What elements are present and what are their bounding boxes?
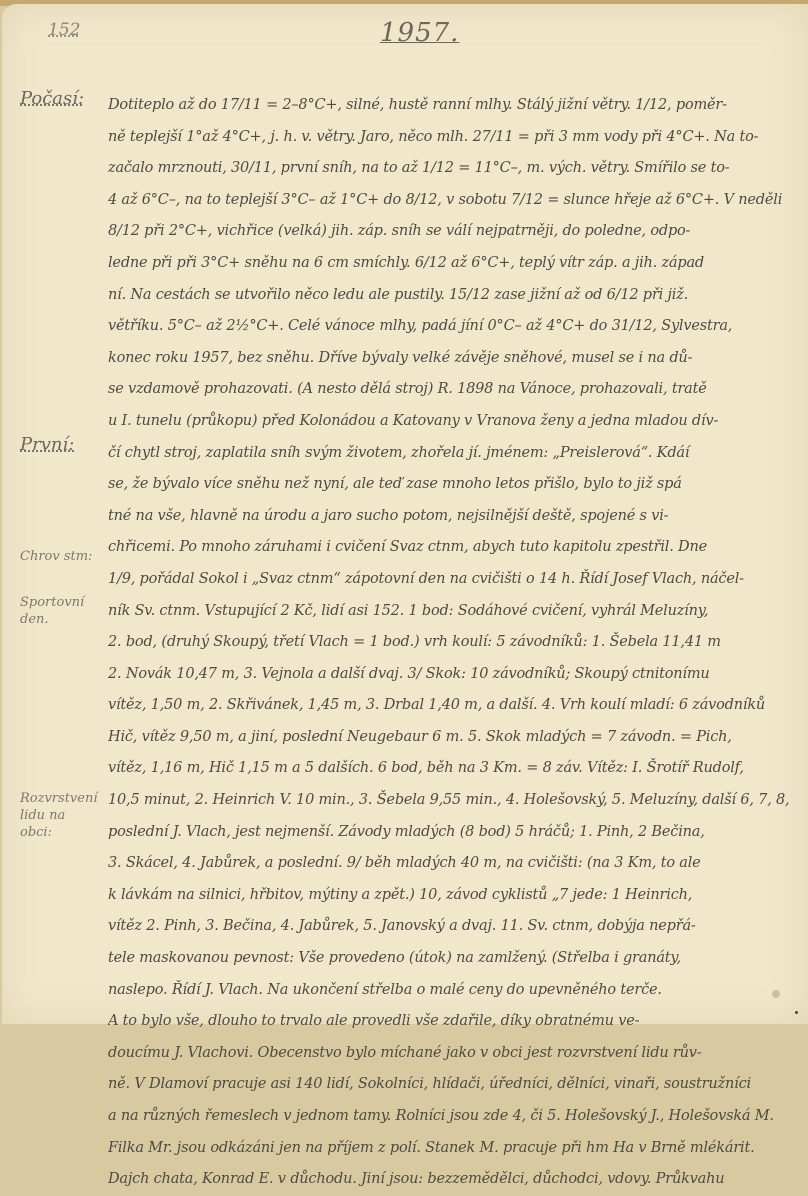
paper-stain: [772, 990, 780, 998]
text-line: začalo mrznouti, 30/11, první sníh, na t…: [108, 153, 798, 185]
margin-note-sport-day: Sportovní den.: [20, 594, 100, 628]
text-line: vítěz, 1,50 m, 2. Skřivánek, 1,45 m, 3. …: [108, 690, 798, 722]
ink-dot: [795, 1011, 798, 1014]
text-line: čí chytl stroj, zaplatila sníh svým živo…: [108, 438, 798, 470]
margin-note-population: Rozvrstvení lidu na obci:: [20, 790, 100, 841]
text-line: 2. bod, (druhý Skoupý, třetí Vlach = 1 b…: [108, 627, 798, 659]
page-year-heading: 1957.: [380, 18, 459, 48]
text-line: ní. Na cestách se utvořilo něco ledu ale…: [108, 280, 798, 312]
margin-note-svaz: Chrov stm:: [20, 548, 100, 565]
chronicle-page: 152 1957. Počasí: První: Chrov stm: Spor…: [2, 4, 808, 1024]
text-line: u I. tunelu (průkopu) před Kolonádou a K…: [108, 406, 798, 438]
text-line: tele maskovanou pevnost: Vše provedeno (…: [108, 943, 798, 975]
text-line: Hič, vítěz 9,50 m, a jiní, poslední Neug…: [108, 722, 798, 754]
text-line: větříku. 5°C– až 2½°C+. Celé vánoce mlhy…: [108, 311, 798, 343]
text-line: ně teplejší 1°až 4°C+, j. h. v. větry. J…: [108, 122, 798, 154]
margin-note-first: První:: [20, 436, 100, 453]
text-line: vítěz, 1,16 m, Hič 1,15 m a 5 dalších. 6…: [108, 753, 798, 785]
text-line: poslední J. Vlach, jest nejmenší. Závody…: [108, 817, 798, 849]
margin-note-weather: Počasí:: [20, 90, 100, 107]
text-line: k lávkám na silnici, hřbitov, mýtiny a z…: [108, 880, 798, 912]
text-line: ník Sv. ctnm. Vstupující 2 Kč, lidí asi …: [108, 596, 798, 628]
text-line: tné na vše, hlavně na úrodu a jaro sucho…: [108, 501, 798, 533]
text-line: 1/9, pořádal Sokol i „Svaz ctnm“ zápotov…: [108, 564, 798, 596]
page-number: 152: [48, 20, 80, 40]
text-line: se vzdamově prohazovati. (A nesto dělá s…: [108, 374, 798, 406]
text-line: konec roku 1957, bez sněhu. Dříve bývaly…: [108, 343, 798, 375]
text-line: naslepo. Řídí J. Vlach. Na ukončení stře…: [108, 975, 798, 1007]
text-line: 8/12 při 2°C+, vichřice (velká) jih. záp…: [108, 216, 798, 248]
text-line: 4 až 6°C–, na to teplejší 3°C– až 1°C+ d…: [108, 185, 798, 217]
text-line: ledne při při 3°C+ sněhu na 6 cm smíchly…: [108, 248, 798, 280]
text-line: 3. Skácel, 4. Jabůrek, a poslední. 9/ bě…: [108, 848, 798, 880]
text-line: se, že bývalo více sněhu než nyní, ale t…: [108, 469, 798, 501]
handwritten-body: Dotiteplo až do 17/11 = 2–8°C+, silné, h…: [108, 90, 798, 1024]
text-line: chřicemi. Po mnoho záruhami i cvičení Sv…: [108, 532, 798, 564]
text-line: vítěz 2. Pinh, 3. Bečina, 4. Jabůrek, 5.…: [108, 911, 798, 943]
text-line: 2. Novák 10,47 m, 3. Vejnola a další dva…: [108, 659, 798, 691]
text-line: 10,5 minut, 2. Heinrich V. 10 min., 3. Š…: [108, 785, 798, 817]
text-line: A to bylo vše, dlouho to trvalo ale prov…: [108, 1006, 798, 1024]
text-line: Dotiteplo až do 17/11 = 2–8°C+, silné, h…: [108, 90, 798, 122]
